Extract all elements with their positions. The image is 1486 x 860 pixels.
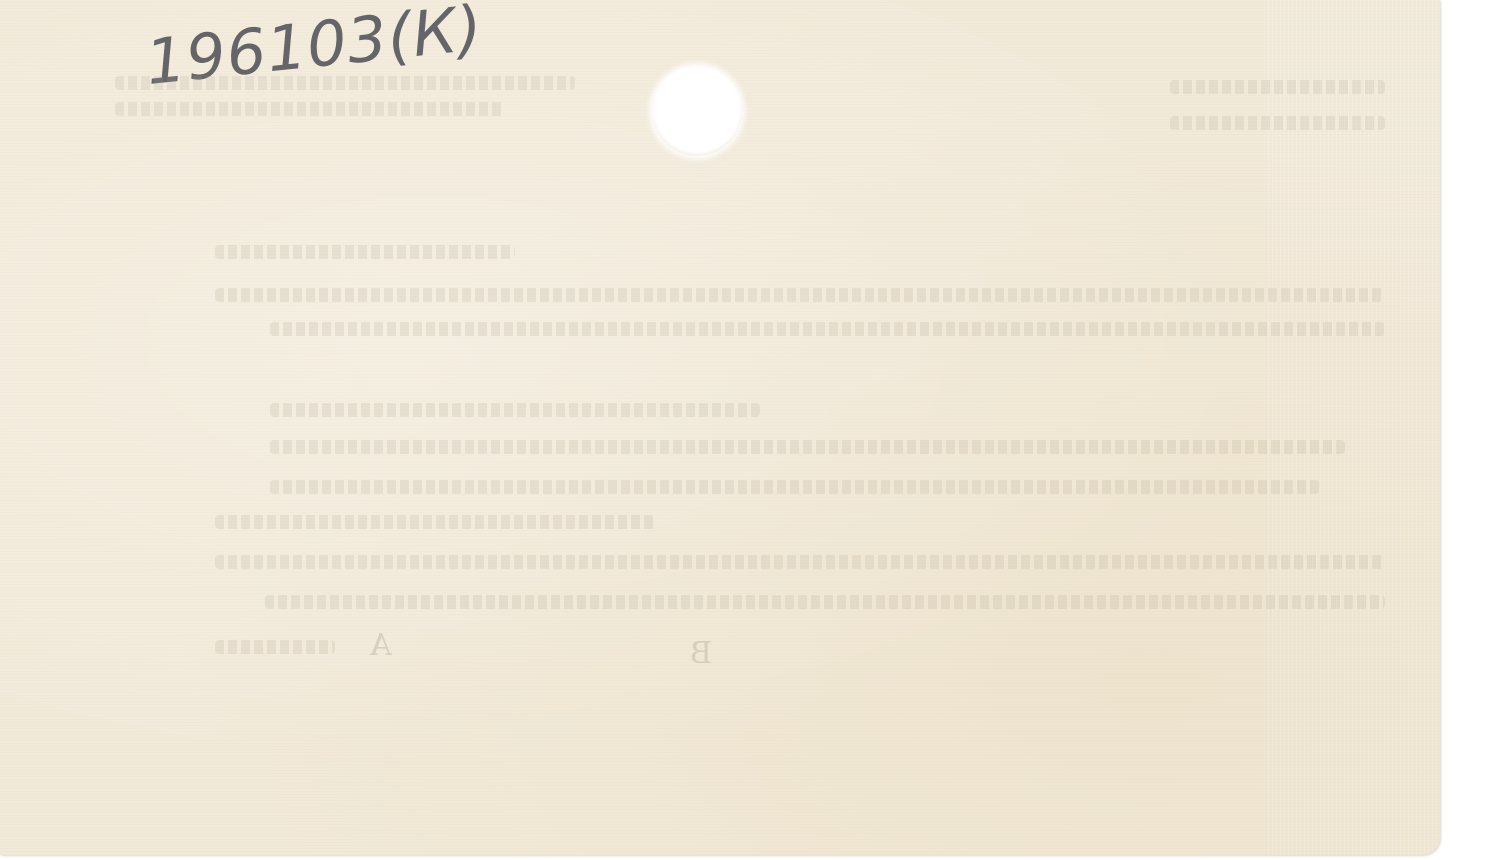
bleed-line [215,288,1385,302]
bleed-line [215,555,1385,569]
bleed-line [265,595,1385,609]
catalog-card: 196103(К) A B [0,0,1440,855]
bleed-line [215,245,515,259]
bleed-line [215,640,335,654]
bleed-line [270,403,760,417]
bleed-line [270,480,1320,494]
punch-hole [652,66,742,156]
bleed-line [115,102,505,116]
bleed-letter: B [690,636,712,671]
bleed-line [1170,80,1385,94]
bleed-letter: A [370,628,392,663]
bleed-line [270,440,1345,454]
bleed-line [1170,116,1385,130]
bleed-line [270,322,1385,336]
bleed-line [115,76,575,90]
bleed-line [215,515,655,529]
scan-page: 196103(К) A B [0,0,1486,860]
